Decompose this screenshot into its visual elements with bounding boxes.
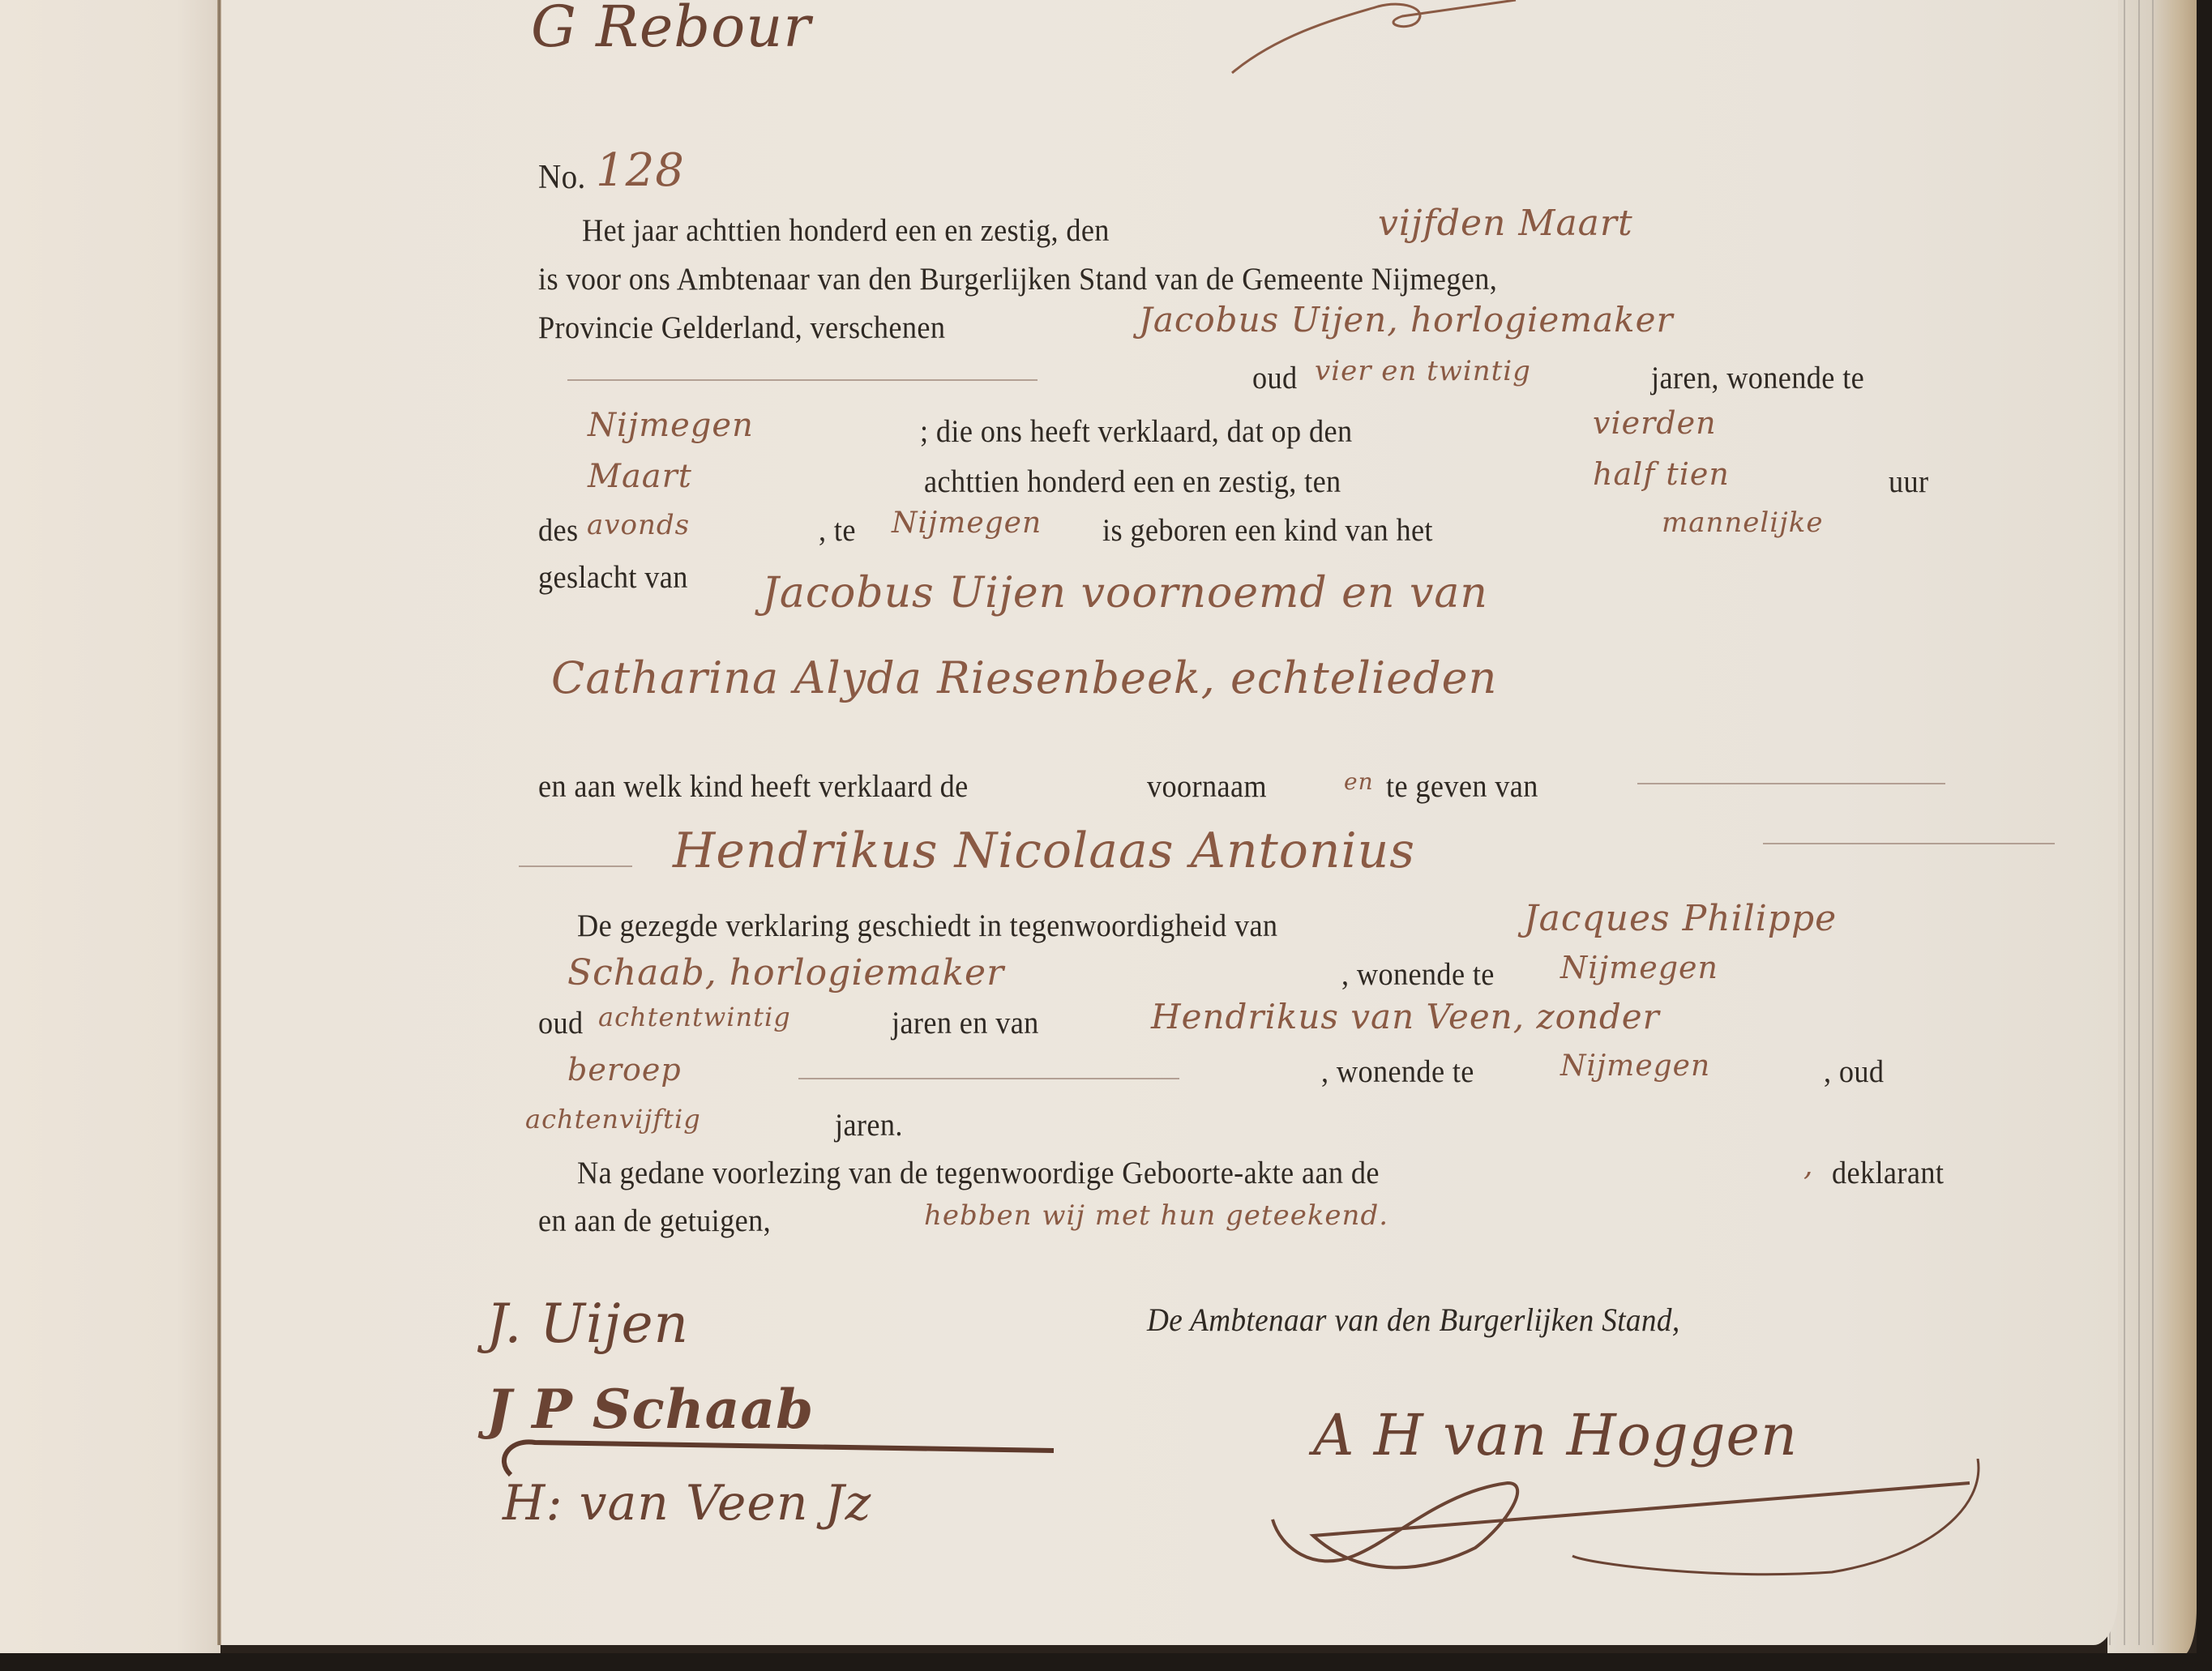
blank-rule	[1637, 783, 1945, 784]
text-line-5: ; die ons heeft verklaard, dat op den	[920, 413, 1352, 450]
text-line-15: , wonende te	[1321, 1053, 1474, 1090]
background-right	[2197, 0, 2212, 1671]
hand-plural-suffix: en	[1344, 768, 1374, 795]
text-oud-2: oud	[538, 1005, 584, 1041]
hand-closing: hebben wij met hun geteekend.	[924, 1199, 1388, 1232]
text-line-7: is geboren een kind van het	[1102, 512, 1433, 549]
text-line-12: De gezegde verklaring geschiedt in tegen…	[577, 908, 1277, 944]
page-edge-line	[2152, 0, 2154, 1645]
hand-witness-2: Hendrikus van Veen, zonder	[1151, 997, 1660, 1036]
text-oud: oud	[1252, 360, 1298, 396]
hand-witness-1-age: achtentwintig	[598, 1002, 791, 1032]
hand-witness-1-occupation: Schaab, horlogiemaker	[567, 952, 1004, 994]
hand-witness-2-age: achtenvijftig	[525, 1104, 701, 1135]
hand-birth-day: vierden	[1593, 405, 1717, 441]
hand-residence: Nijmegen	[588, 407, 754, 444]
text-des: des	[538, 512, 578, 549]
hand-witness-2-occupation: beroep	[567, 1052, 682, 1088]
text-line-13: , wonende te	[1341, 956, 1495, 993]
blank-rule	[798, 1078, 1179, 1079]
hand-declarant-age: vier en twintig	[1315, 355, 1531, 387]
blank-rule	[567, 379, 1038, 381]
hand-child-sex: mannelijke	[1662, 506, 1823, 539]
hand-child-names: Hendrikus Nicolaas Antonius	[673, 823, 1415, 879]
text-oud-3: , oud	[1824, 1053, 1884, 1090]
previous-act-signature: G Rebour	[531, 0, 811, 60]
official-signature-flourish	[1264, 1459, 1994, 1605]
blank-rule	[1763, 843, 2055, 844]
hand-birth-place: Nijmegen	[892, 506, 1042, 540]
hand-day-part: avonds	[587, 509, 690, 541]
act-number-label: No.	[538, 158, 586, 197]
text-deklarant: deklarant	[1832, 1155, 1944, 1191]
hand-witness-1: Jacques Philippe	[1524, 898, 1837, 939]
hand-declarant: Jacobus Uijen, horlogiemaker	[1139, 300, 1674, 340]
page-edge-line	[2138, 0, 2140, 1645]
text-line-2: is voor ons Ambtenaar van den Burgerlijk…	[538, 261, 1497, 297]
text-line-8: geslacht van	[538, 559, 688, 596]
previous-act-flourish	[1216, 0, 1524, 81]
left-page	[0, 0, 220, 1653]
text-line-6: achttien honderd een en zestig, ten	[924, 464, 1341, 500]
text-line-18: en aan de getuigen,	[538, 1203, 771, 1239]
page-edge-line	[2124, 0, 2125, 1645]
hand-date: vijfden Maart	[1378, 203, 1633, 244]
act-number-value: 128	[596, 144, 685, 197]
signature-witness-2: H: van Veen Jz	[503, 1475, 871, 1532]
text-line-10b: voornaam	[1147, 768, 1267, 805]
hand-birth-time: half tien	[1593, 456, 1730, 492]
text-line-1: Het jaar achttien honderd een en zestig,…	[582, 212, 1110, 249]
hand-mother: Catharina Alyda Riesenbeek, echtelieden	[551, 652, 1497, 703]
text-line-3: Provincie Gelderland, verschenen	[538, 310, 945, 346]
text-te: , te	[819, 512, 856, 549]
text-line-16: jaren.	[835, 1107, 903, 1143]
hand-birth-month: Maart	[588, 458, 692, 495]
official-title: De Ambtenaar van den Burgerlijken Stand,	[1147, 1301, 1679, 1339]
page-stack-edge	[2107, 0, 2197, 1657]
background-bottom	[0, 1653, 2212, 1671]
blank-rule	[519, 865, 632, 867]
text-line-4: jaren, wonende te	[1651, 360, 1864, 396]
text-line-17: Na gedane voorlezing van de tegenwoordig…	[577, 1155, 1380, 1191]
text-uur: uur	[1889, 464, 1928, 500]
hand-witness-2-residence: Nijmegen	[1560, 1049, 1710, 1083]
hand-father: Jacobus Uijen voornoemd en van	[762, 569, 1488, 618]
hand-witness-1-residence: Nijmegen	[1560, 950, 1718, 985]
text-line-10c: te geven van	[1386, 768, 1538, 805]
text-line-14: jaren en van	[892, 1005, 1039, 1041]
text-line-10a: en aan welk kind heeft verklaard de	[538, 768, 969, 805]
signature-father: J. Uijen	[486, 1293, 689, 1355]
hand-comma: ,	[1803, 1149, 1813, 1182]
